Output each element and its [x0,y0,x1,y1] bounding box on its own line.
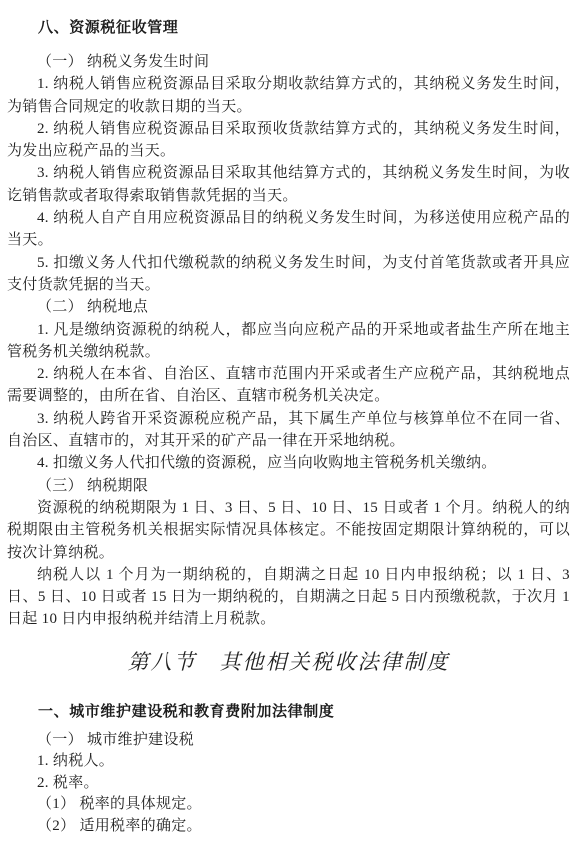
paragraph: 2. 纳税人销售应税资源品目采取预收货款结算方式的，其纳税义务发生时间，为发出应… [7,118,570,163]
paragraph: 1. 凡是缴纳资源税的纳税人，都应当向应税产品的开采地或者盐生产所在地主管税务机… [7,319,570,364]
subheading-tax-period: （三） 纳税期限 [7,475,570,497]
paragraph: 纳税人以 1 个月为一期纳税的，自期满之日起 10 日内申报纳税；以 1 日、3… [7,564,570,631]
heading-urban-maintenance-tax: 一、城市维护建设税和教育费附加法律制度 [7,702,570,722]
list-item: 1. 纳税人。 [7,751,570,773]
paragraph: 5. 扣缴义务人代扣代缴税款的纳税义务发生时间，为支付首笔货款或者开具应支付货款… [7,252,570,297]
subheading-urban-construction-tax: （一） 城市维护建设税 [7,730,570,752]
paragraph: 3. 纳税人销售应税资源品目采取其他结算方式的，其纳税义务发生时间，为收讫销售款… [7,162,570,207]
paragraph: 3. 纳税人跨省开采资源税应税产品，其下属生产单位与核算单位不在同一省、自治区、… [7,408,570,453]
list-item: 2. 税率。 [7,773,570,795]
urban-tax-body: （一） 城市维护建设税 1. 纳税人。 2. 税率。 （1） 税率的具体规定。 … [7,730,570,838]
paragraph: 资源税的纳税期限为 1 日、3 日、5 日、10 日、15 日或者 1 个月。纳… [7,497,570,564]
subheading-tax-place: （二） 纳税地点 [7,296,570,318]
paragraph: 1. 纳税人销售应税资源品目采取分期收款结算方式的，其纳税义务发生时间，为销售合… [7,73,570,118]
document-page: 八、资源税征收管理 （一） 纳税义务发生时间 1. 纳税人销售应税资源品目采取分… [0,0,575,843]
list-item: （1） 税率的具体规定。 [7,794,570,816]
subheading-tax-obligation-time: （一） 纳税义务发生时间 [7,51,570,73]
section-title-other-tax-laws: 第八节 其他相关税收法律制度 [7,647,570,677]
resource-tax-body: （一） 纳税义务发生时间 1. 纳税人销售应税资源品目采取分期收款结算方式的，其… [7,51,570,631]
list-item: （2） 适用税率的确定。 [7,816,570,838]
paragraph: 4. 扣缴义务人代扣代缴的资源税，应当向收购地主管税务机关缴纳。 [7,452,570,474]
paragraph: 2. 纳税人在本省、自治区、直辖市范围内开采或者生产应税产品，其纳税地点需要调整… [7,363,570,408]
heading-resource-tax-collection: 八、资源税征收管理 [7,18,570,38]
paragraph: 4. 纳税人自产自用应税资源品目的纳税义务发生时间，为移送使用应税产品的当天。 [7,207,570,252]
